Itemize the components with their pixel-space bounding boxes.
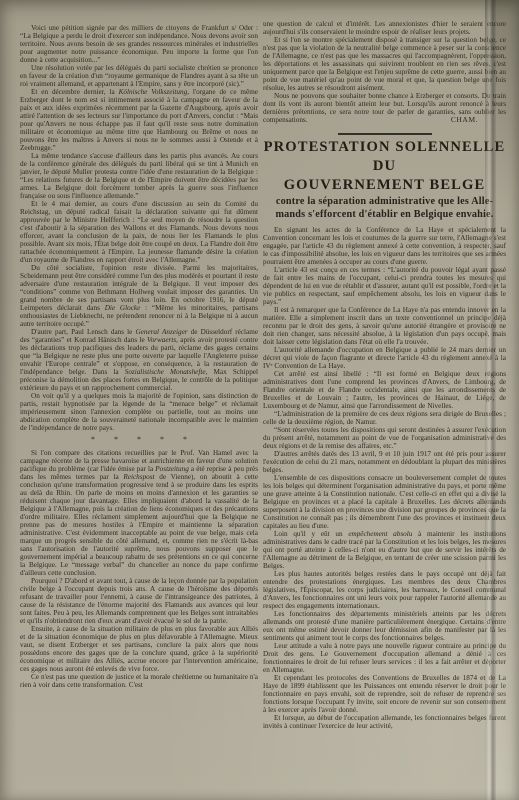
paragraph: Les plus hautes autorités belges restées…	[263, 570, 506, 610]
paragraph: La même tendance s'accuse d'ailleurs dan…	[20, 152, 258, 200]
paragraph: L'ensemble de ces dispositions consacre …	[263, 474, 506, 530]
article-title-line1: PROTESTATION SOLENNELLE DU	[263, 138, 506, 176]
paragraph: Leur attitude a valu à notre pays une no…	[263, 642, 506, 674]
paragraph: On voit qu'il y a quelques mois la major…	[20, 392, 258, 432]
article-title-line2: GOUVERNEMENT BELGE	[263, 176, 506, 195]
paragraph: Si l'on compare des citations recueillie…	[20, 449, 258, 577]
paragraph: Loin qu'il y eût un empêchement absolu à…	[263, 530, 506, 570]
paragraph: Ce n'est pas une question de justice et …	[20, 673, 258, 689]
paragraph: “Sont réservées toutes les dispositions …	[263, 426, 506, 450]
paragraph: L'autorité allemande d'occupation en Bel…	[263, 346, 506, 370]
paragraph: Et en décembre dernier, la Kölnische Vol…	[20, 88, 258, 152]
paragraph: D'autre part, Paul Lensch dans le Genera…	[20, 328, 258, 392]
article-divider-rule	[338, 133, 432, 135]
paragraph: Et si l'on se montre spécialement dispos…	[263, 36, 506, 92]
article-subtitle-line2: mands s'efforcent d'établir en Belgique …	[263, 208, 506, 221]
paragraph: “L'administration de la première de ces …	[263, 410, 506, 426]
right-column: une question de calcul et d'intérêt. Les…	[263, 20, 506, 730]
paragraph: Une résolution votée par les délégués du…	[20, 64, 258, 88]
section-divider-asterisks: * * * * *	[20, 434, 258, 446]
paragraph: Et le 4 mai dernier, au cours d'une disc…	[20, 200, 258, 264]
left-column: Voici une pétition signée par des millie…	[20, 24, 258, 689]
paragraph: En signant les actes de la Conférence de…	[263, 226, 506, 266]
paragraph: L'article 43 est conçu en ces termes : “…	[263, 266, 506, 306]
paragraph-continuation: une question de calcul et d'intérêt. Les…	[263, 20, 506, 36]
paragraph: Les fonctionnaires des départements mini…	[263, 610, 506, 642]
paragraph: Il est à remarquer que la Conférence de …	[263, 306, 506, 346]
paragraph: Cet arrêté est ainsi libellé : “Il est f…	[263, 370, 506, 410]
paragraph: Et lorsque, au début de l'occupation all…	[263, 714, 506, 730]
paragraph: Et cependant les protocoles des Conventi…	[263, 674, 506, 714]
paragraph: Du côté socialiste, l'opinion reste divi…	[20, 264, 258, 328]
newspaper-page: { "page": { "paper_color": "#aba695", "i…	[0, 0, 519, 800]
paragraph: Ensuite, à cause de la situation militai…	[20, 625, 258, 673]
paragraph: Voici une pétition signée par des millie…	[20, 24, 258, 64]
article-subtitle-line1: contre la séparation administrative que …	[263, 195, 506, 208]
paragraph: Pourquoi ? D'abord et avant tout, à caus…	[20, 577, 258, 625]
paragraph: D'autres arrêtés datés des 13 avril, 9 e…	[263, 450, 506, 474]
